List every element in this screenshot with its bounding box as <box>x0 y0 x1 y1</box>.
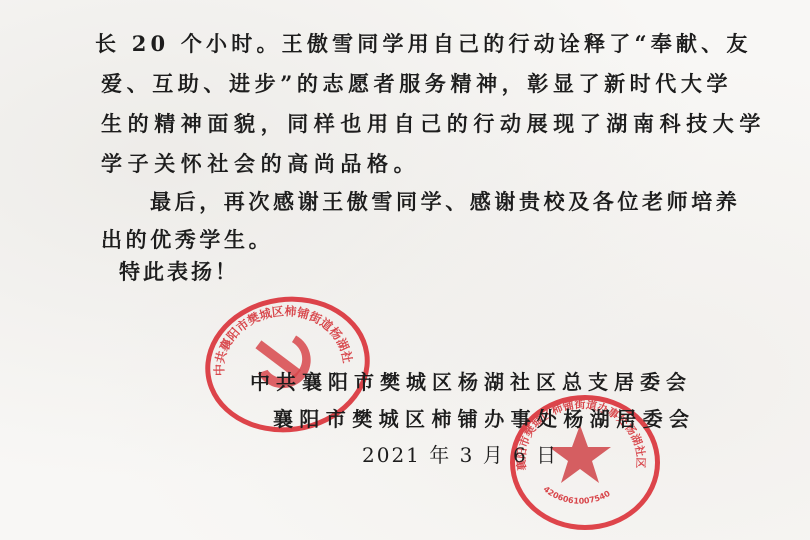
scanned-letter-page: 长 20 个小时。王傲雪同学用自己的行动诠释了“奉献、友 爱、互助、进步”的志愿… <box>0 0 810 540</box>
signature-residents-committee: 襄阳市樊城区柿铺办事处杨湖居委会 <box>273 407 695 431</box>
body-line-4: 学子关怀社会的高尚品格。 <box>101 152 420 176</box>
signature-party-branch: 中共襄阳市樊城区杨湖社区总支居委会 <box>250 370 692 394</box>
body-line-5: 最后，再次感谢王傲雪同学、感谢贵校及各位老师培养 <box>150 190 740 214</box>
body-line-3: 生的精神面貌，同样也用自己的行动展现了湖南科技大学 <box>101 112 766 136</box>
svg-text:4206061007540: 4206061007540 <box>542 485 612 506</box>
body-line-1: 长 20 个小时。王傲雪同学用自己的行动诠释了“奉献、友 <box>95 32 752 56</box>
commendation-line: 特此表扬！ <box>119 260 239 284</box>
body-line-6: 出的优秀学生。 <box>101 228 273 252</box>
document-date: 2021 年 3 月 6 日 <box>362 443 558 467</box>
body-line-2: 爱、互助、进步”的志愿者服务精神，彰显了新时代大学 <box>101 72 732 96</box>
